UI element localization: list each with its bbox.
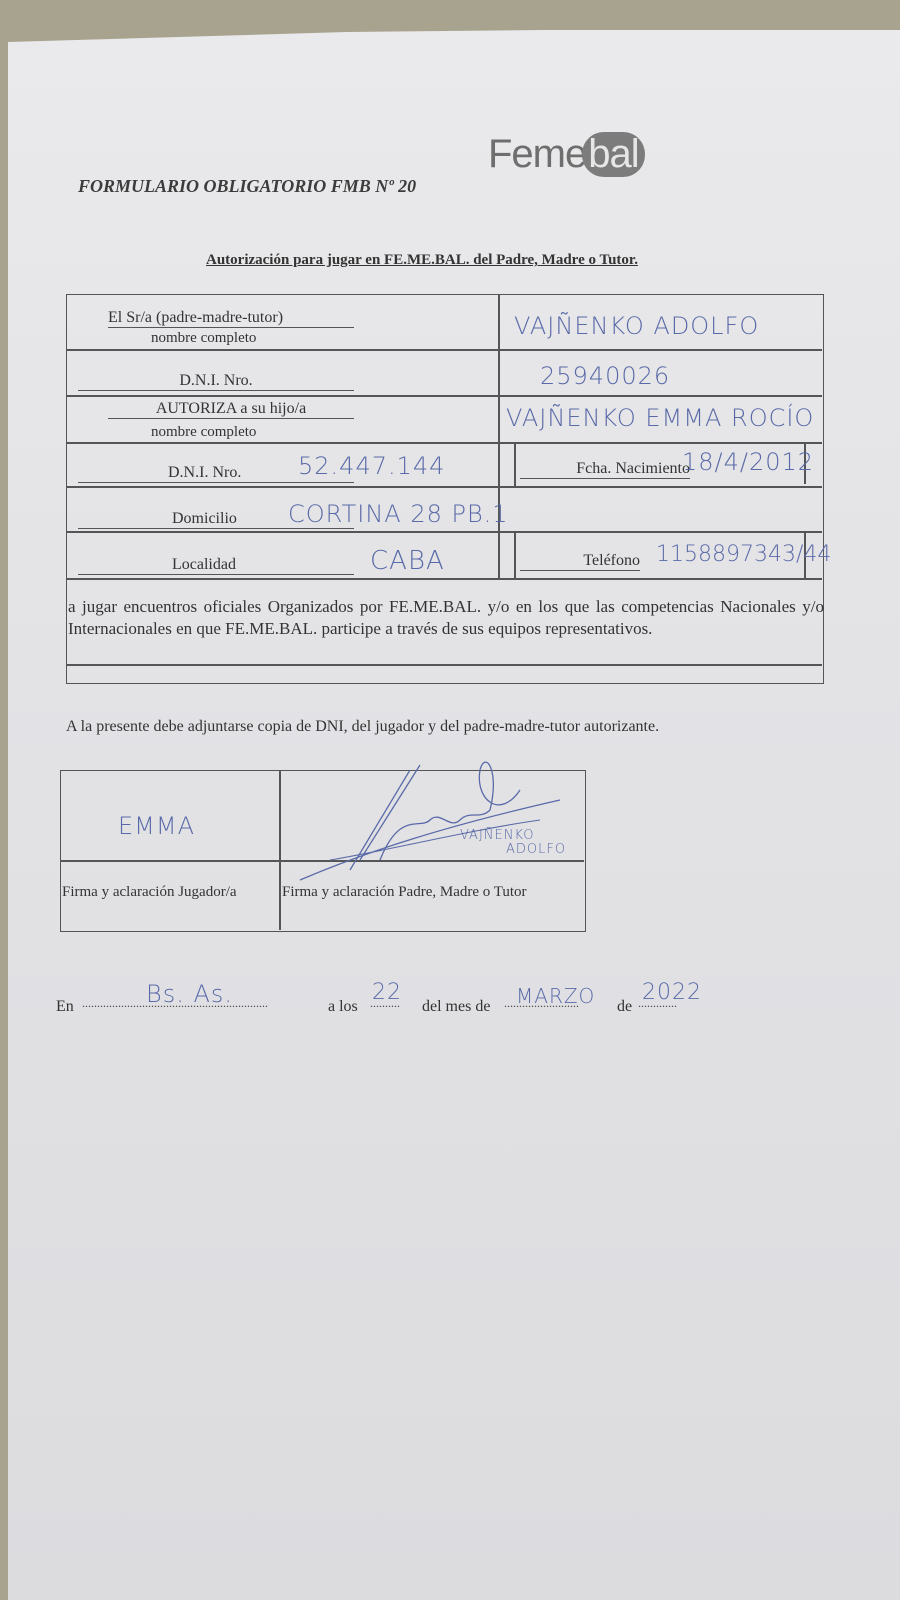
parent-signature-scribble[interactable]	[290, 750, 580, 890]
divider	[66, 531, 822, 533]
logo-text: Feme	[488, 132, 586, 176]
child-sublabel: nombre completo	[151, 424, 256, 441]
day-field[interactable]: 22	[372, 980, 402, 1005]
en-label: En	[56, 998, 74, 1016]
attachment-note: A la presente debe adjuntarse copia de D…	[66, 718, 659, 736]
divider	[66, 395, 822, 397]
a-los-label: a los	[328, 998, 358, 1016]
child-label: AUTORIZA a su hijo/a	[108, 400, 354, 419]
parent-signature-name: VAJÑENKO	[460, 828, 535, 843]
birth-date-label: Fcha. Nacimiento	[520, 460, 690, 479]
divider	[66, 349, 822, 351]
player-signature-label: Firma y aclaración Jugador/a	[62, 884, 237, 901]
authorization-text: a jugar encuentros oficiales Organizados…	[68, 596, 824, 640]
divider	[514, 532, 516, 578]
year-field[interactable]: 2022	[642, 980, 702, 1005]
parent-dni-label: D.N.I. Nro.	[78, 372, 354, 391]
parent-name-field[interactable]: VAJÑENKO ADOLFO	[514, 312, 759, 340]
divider	[279, 770, 281, 930]
divider	[498, 294, 500, 578]
divider	[66, 664, 822, 666]
player-signature-field[interactable]: EMMA	[118, 812, 195, 840]
divider	[514, 444, 516, 488]
divider	[66, 578, 822, 580]
phone-field[interactable]: 1158897343/44	[656, 542, 831, 567]
address-field[interactable]: CORTINA 28 PB.1	[288, 500, 509, 528]
month-field[interactable]: MARZO	[516, 984, 595, 1008]
parent-dni-field[interactable]: 25940026	[540, 362, 670, 390]
parent-sublabel: nombre completo	[151, 330, 256, 347]
de-label: de	[617, 998, 632, 1016]
child-name-field[interactable]: VAJÑENKO EMMA ROCÍO	[506, 404, 814, 432]
form-subtitle: Autorización para jugar en FE.ME.BAL. de…	[206, 252, 638, 269]
birth-date-field[interactable]: 18/4/2012	[682, 448, 814, 476]
city-field[interactable]: CABA	[370, 546, 445, 576]
city-label: Localidad	[78, 556, 354, 575]
parent-label: El Sr/a (padre-madre-tutor)	[108, 309, 354, 328]
month-label: del mes de	[422, 998, 490, 1016]
place-field[interactable]: Bs. As.	[146, 980, 233, 1008]
form-title: FORMULARIO OBLIGATORIO FMB Nº 20	[78, 176, 416, 197]
femebal-logo: Femebal	[488, 132, 645, 177]
phone-label: Teléfono	[520, 552, 640, 571]
logo-badge: bal	[582, 132, 644, 177]
divider	[66, 442, 822, 444]
parent-signature-label: Firma y aclaración Padre, Madre o Tutor	[282, 884, 527, 901]
child-dni-field[interactable]: 52.447.144	[298, 452, 445, 480]
divider	[66, 486, 822, 488]
parent-signature-surname: ADOLFO	[506, 842, 566, 857]
